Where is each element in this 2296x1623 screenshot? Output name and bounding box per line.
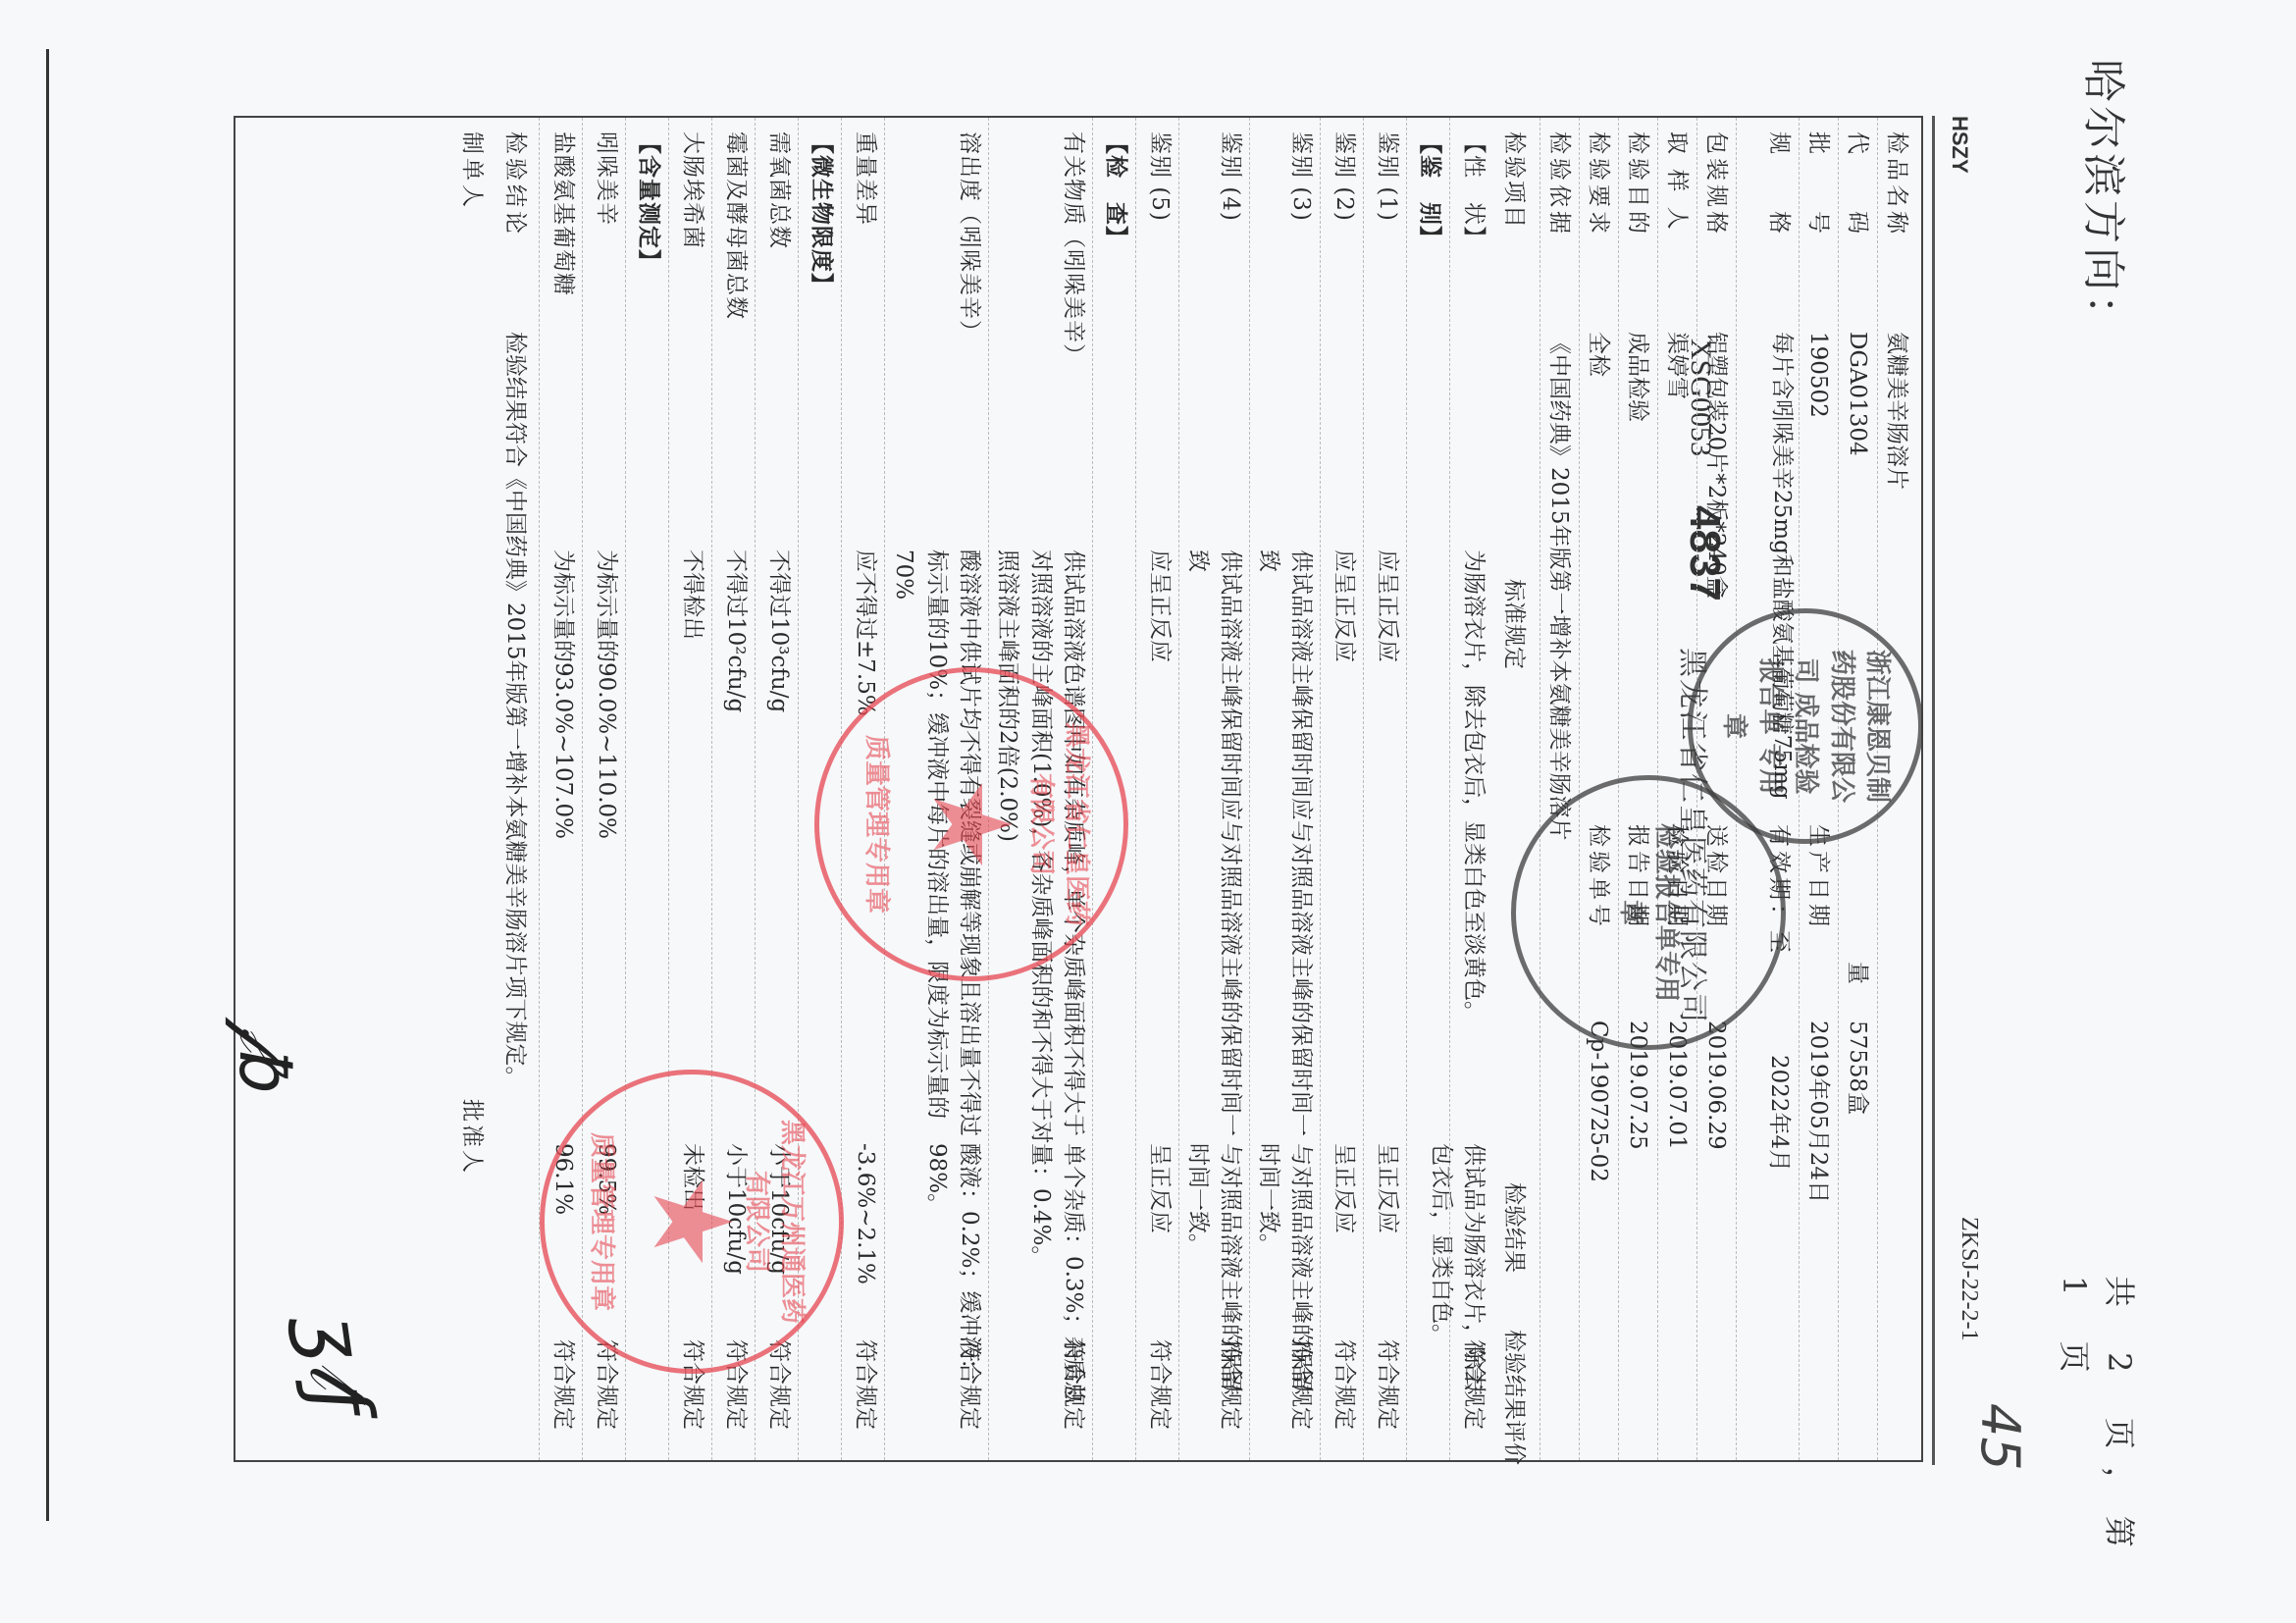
production-date: 2019年05月24日 [1801, 1021, 1836, 1203]
item-name: 【微生物限度】 [806, 131, 838, 296]
col-standard: 标准规定 [1497, 579, 1532, 669]
item-name: 重量差异 [849, 131, 881, 226]
col-evaluation: 检验结果评价 [1497, 1330, 1532, 1465]
item-standard: 供试品溶液主峰保留时间应与对照品溶液主峰的保留时间一致 [1180, 550, 1246, 1158]
item-evaluation: 符合规定 [1457, 1339, 1489, 1467]
package-spec: 铝塑包装20片*2板*240盒 [1699, 332, 1734, 599]
item-name: 盐酸氨基葡萄糖 [547, 131, 579, 296]
quantity: 57558盒 [1841, 1021, 1875, 1115]
handwritten-note: 45 [1969, 1403, 2031, 1471]
company-logo: HSZY [1947, 116, 1972, 174]
item-name: 大肠埃希菌 [676, 131, 708, 249]
item-name: 吲哚美辛 [590, 131, 622, 226]
inspection-purpose: 成品检验 [1621, 332, 1655, 422]
item-name: 【鉴 别】 [1414, 131, 1446, 249]
item-name: 需氧菌总数 [762, 131, 795, 249]
item-standard: 为标示量的93.0%~107.0% [547, 550, 579, 1158]
item-evaluation: 符合规定 [1057, 1339, 1089, 1467]
item-evaluation: 符合规定 [849, 1339, 881, 1467]
item-standard: 为标示量的90.0%~110.0% [590, 550, 622, 1158]
item-standard: 供试品溶液主峰保留时间应与对照品溶液主峰的保留时间一致 [1251, 550, 1317, 1158]
preparer-signature: ʒ𝓉ƒ [284, 1309, 389, 1421]
submit-date: 2019.06.29 [1699, 1021, 1734, 1150]
item-evaluation: 符合规定 [1284, 1339, 1317, 1467]
form-code: ZKSJ-22-2-1 [1956, 1217, 1982, 1341]
binding-line [46, 49, 49, 1521]
item-name: 【检 查】 [1100, 131, 1132, 249]
conclusion-text: 检验结果符合《中国药典》2015年版第一增补本氨糖美辛肠溶片项下规定。 [498, 332, 533, 1089]
item-name: 鉴别 (5) [1143, 131, 1175, 222]
item-standard: 不得过10³cfu/g [762, 550, 795, 1158]
col-item: 检验项目 [1497, 131, 1532, 230]
item-evaluation: 符合规定 [590, 1339, 622, 1467]
star-icon: ★ [909, 776, 1034, 873]
item-name: 鉴别 (4) [1214, 131, 1246, 222]
item-standard: 不得检出 [676, 550, 708, 1158]
item-standard: 应呈正反应 [1371, 550, 1403, 1158]
item-name: 鉴别 (3) [1284, 131, 1317, 222]
item-name: 鉴别 (2) [1328, 131, 1360, 222]
item-standard: 为肠溶衣片，除去包衣后，显类白色至淡黄色。 [1457, 550, 1489, 1158]
item-name: 【含量测定】 [633, 131, 665, 273]
product-name: 氨糖美辛肠溶片 [1880, 332, 1914, 490]
expiry-date: 2022年4月 [1762, 1055, 1797, 1172]
page-indicator: 共 2 页，第 1 页 [2054, 1276, 2144, 1623]
sampler: 渠婷雪 [1660, 332, 1695, 399]
item-evaluation: 符合规定 [762, 1339, 795, 1467]
item-standard: 应呈正反应 [1143, 550, 1175, 1158]
report-number: Cp-190725-02 [1582, 1021, 1616, 1182]
item-evaluation: 符合规定 [1143, 1339, 1175, 1467]
item-evaluation: 符合规定 [547, 1339, 579, 1467]
inspection-basis: 《中国药典》2015年版第一增补本氨糖美辛肠溶片 [1542, 332, 1577, 841]
item-name: 鉴别 (1) [1371, 131, 1403, 222]
inspection-report-page: 哈尔滨方向： XSG0053 4837 黑龙江省仁皇医药有限公司 共 2 页，第… [0, 0, 2296, 1623]
destination-title: 哈尔滨方向： [2076, 59, 2139, 341]
approver-label: 批准人 [455, 1099, 490, 1176]
preparer-label: 制单人 [455, 131, 490, 211]
col-result: 检验结果 [1497, 1182, 1532, 1273]
inspection-requirement: 全检 [1582, 332, 1616, 377]
conclusion-label: 检验结论 [498, 131, 533, 237]
item-name: 霉菌及酵母菌总数 [719, 131, 752, 320]
quality-stamp-wanzhoutong: ★ 黑龙江万州通医药有限公司 质量管理专用章 [540, 1070, 844, 1374]
item-evaluation: 符合规定 [953, 1339, 985, 1467]
quality-stamp-renhuang: ★ 黑龙江省仁皇医药有限公司 质量管理专用章 [814, 667, 1128, 981]
item-name: 有关物质（吲哚美辛） [1057, 131, 1089, 367]
item-standard: 应呈正反应 [1328, 550, 1360, 1158]
batch-number: 190502 [1801, 332, 1836, 418]
item-evaluation: 符合规定 [1371, 1339, 1403, 1467]
item-evaluation: 符合规定 [1328, 1339, 1360, 1467]
star-icon: ★ [629, 1174, 755, 1271]
header-divider [1932, 116, 1935, 1465]
product-code: DGA01304 [1841, 332, 1875, 456]
item-standard: 不得过10²cfu/g [719, 550, 752, 1158]
approver-signature: 𝒻ƀ [223, 1021, 304, 1095]
item-name: 溶出度（吲哚美辛） [953, 131, 985, 343]
item-evaluation: 符合规定 [1214, 1339, 1246, 1467]
item-name: 【性 状】 [1457, 131, 1489, 249]
inspection-stamp-2: 检验报告单专用章 [1511, 775, 1786, 1050]
